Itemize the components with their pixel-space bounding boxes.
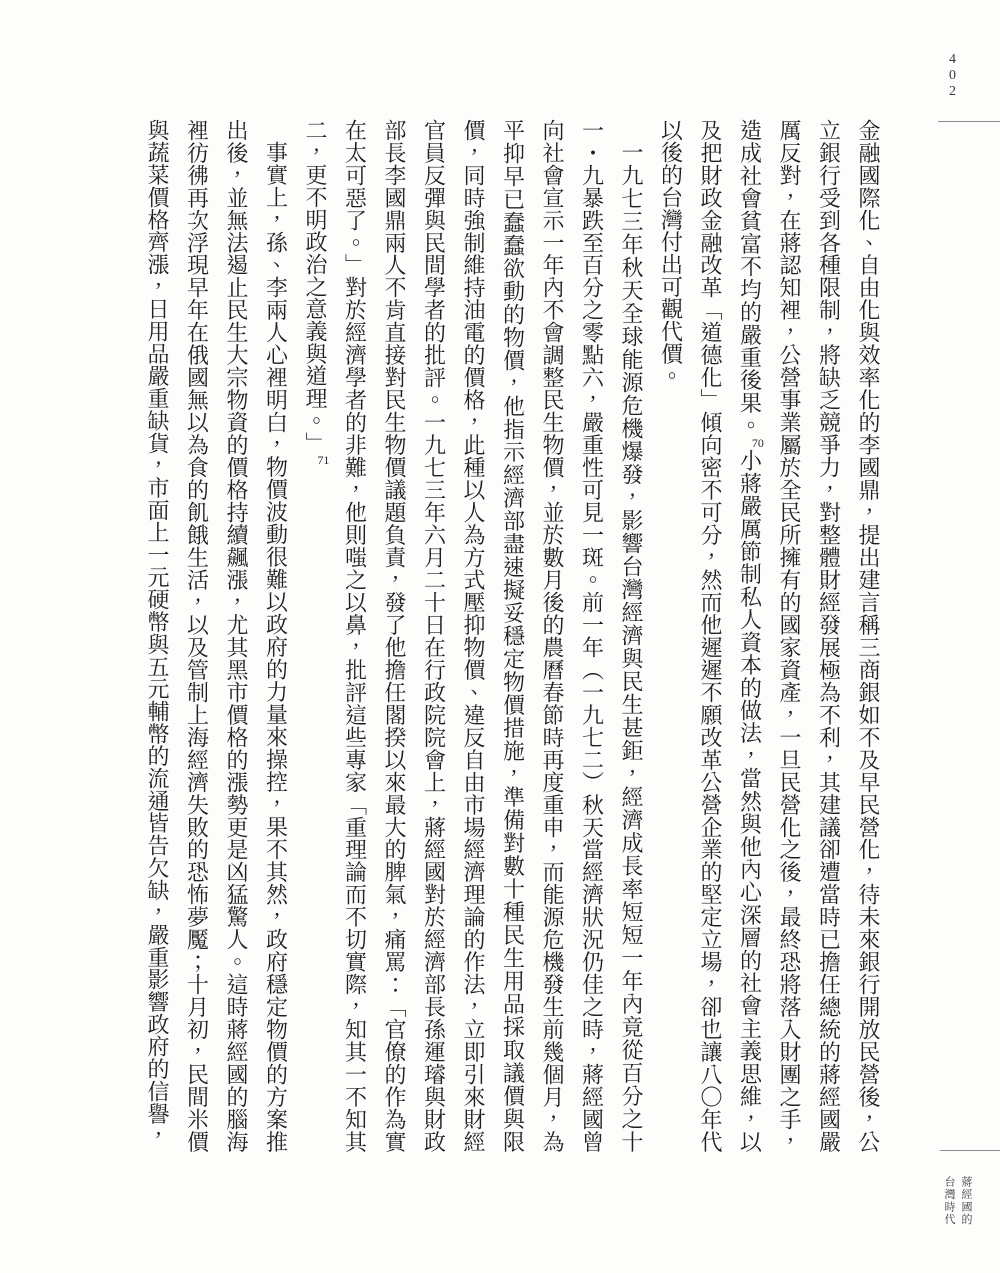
running-book-title: 蔣經國的 台灣時代	[940, 1176, 974, 1226]
footnote-ref-70: 70	[751, 437, 765, 449]
footer-rule	[940, 1150, 1000, 1151]
body-text: 金融國際化、自由化與效率化的李國鼎，提出建言稱三商銀如不及早民營化，待未來銀行開…	[130, 119, 888, 1153]
header-rule	[938, 121, 1000, 122]
text-run: 事實上，孫、李兩人心裡明白，物價波動很難以政府的力量來操控，果不其然，政府穩定物…	[145, 119, 289, 1153]
paragraph-1: 金融國際化、自由化與效率化的李國鼎，提出建言稱三商銀如不及早民營化，待未來銀行開…	[651, 119, 888, 1153]
footnote-ref-71: 71	[316, 454, 330, 466]
paragraph-3: 事實上，孫、李兩人心裡明白，物價波動很難以政府的力量來操控，果不其然，政府穩定物…	[138, 119, 296, 1153]
running-title-line: 台灣時代	[940, 1176, 957, 1226]
page-number: 402	[944, 52, 960, 100]
running-title-line: 蔣經國的	[957, 1176, 974, 1226]
text-run: 一九七三年秋天全球能源危機爆發，影響台灣經濟與民生甚鉅，經濟成長率短短一年內竟從…	[303, 119, 644, 1153]
book-page: 402 金融國際化、自由化與效率化的李國鼎，提出建言稱三商銀如不及早民營化，待未…	[0, 0, 1000, 1273]
paragraph-2: 一九七三年秋天全球能源危機爆發，影響台灣經濟與民生甚鉅，經濟成長率短短一年內竟從…	[296, 119, 652, 1153]
